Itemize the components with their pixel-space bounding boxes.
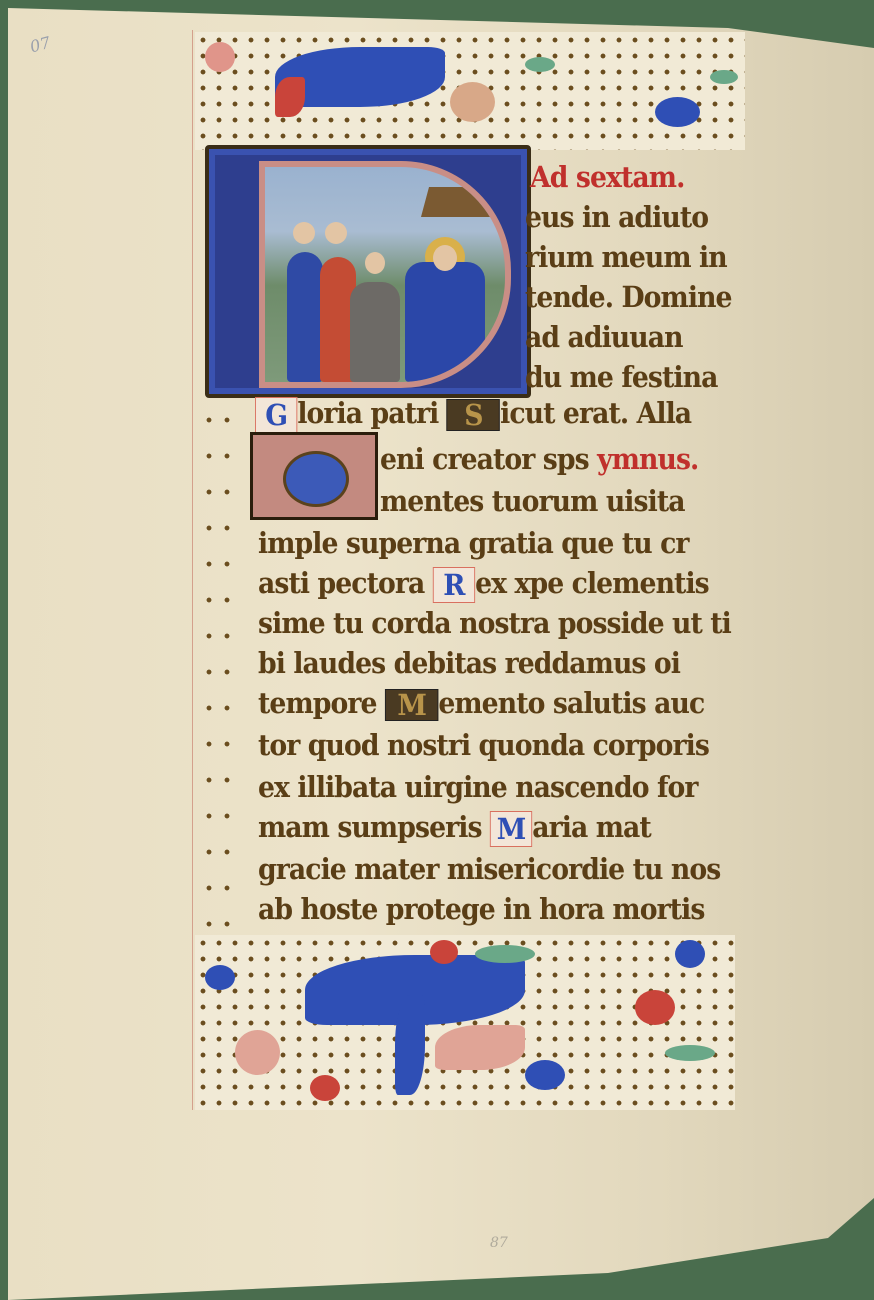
magus-head <box>325 222 347 244</box>
red-pod-icon <box>310 1075 340 1101</box>
text-line: mam sumpseris Maria mat <box>258 810 651 847</box>
top-border-decoration <box>195 32 745 150</box>
text-line: Gloria patri Sicut erat. Alla <box>255 396 691 433</box>
minor-initial-s: S <box>447 399 500 431</box>
magus-head <box>293 222 315 244</box>
red-green-flower-icon <box>635 990 675 1025</box>
virgin-head <box>433 245 457 271</box>
green-leaf-icon <box>525 57 555 72</box>
minor-initial-g: G <box>255 397 297 433</box>
text-line-content: emento salutis auc <box>438 686 704 720</box>
text-line-content: aria mat <box>532 810 651 844</box>
text-line-content: ex illibata uirgine nascendo for <box>258 770 698 804</box>
text-line: eus in adiuto <box>525 200 708 234</box>
text-line-content: mentes tuorum uisita <box>380 484 685 518</box>
text-line-content: gracie mater misericordie tu nos <box>258 852 720 886</box>
blue-roundel-icon <box>283 451 349 507</box>
text-line-content: tende. Domine <box>525 280 732 314</box>
text-line: ab hoste protege in hora mortis <box>258 892 704 926</box>
text-line: imple superna gratia que tu cr <box>258 526 689 560</box>
text-line-content: tor quod nostri quonda corporis <box>258 728 709 762</box>
minor-initial-m: M <box>385 689 438 721</box>
virgin-and-child-figure <box>405 262 485 382</box>
green-leaf-icon <box>475 945 535 963</box>
adoration-of-magi-miniature <box>259 161 511 388</box>
blue-pod-icon <box>655 97 700 127</box>
decorated-initial-v <box>250 432 378 520</box>
pink-flower-icon <box>205 42 235 72</box>
minor-initial-r: R <box>433 567 475 603</box>
red-flower-icon <box>430 940 458 964</box>
text-line-content: mam sumpseris <box>258 810 482 844</box>
text-line: eni creator sps ymnus. <box>380 442 698 476</box>
rubric-hymnus: ymnus. <box>597 442 698 476</box>
text-line: ad adiuuan <box>525 320 683 354</box>
text-line: asti pectora Rex xpe clementis <box>258 566 709 603</box>
blue-red-pod-icon <box>525 1060 565 1090</box>
blue-flower-icon <box>675 940 705 968</box>
text-line-content: sime tu corda nostra posside ut ti <box>258 606 731 640</box>
kneeling-magus-figure <box>350 282 400 382</box>
text-line-content: tempore <box>258 686 377 720</box>
green-leaf-icon <box>710 70 738 84</box>
historiated-initial-d <box>205 145 531 398</box>
green-leaf-icon <box>665 1045 715 1061</box>
magus-head <box>365 252 385 274</box>
text-line-content: imple superna gratia que tu cr <box>258 526 689 560</box>
text-line-content: eni creator sps <box>380 442 589 476</box>
blue-stem-icon <box>395 995 425 1095</box>
text-line: du me festina <box>525 360 717 394</box>
text-line: gracie mater misericordie tu nos <box>258 852 720 886</box>
text-line: ex illibata uirgine nascendo for <box>258 770 698 804</box>
text-line: mentes tuorum uisita <box>380 484 685 518</box>
red-leaf-icon <box>275 77 305 117</box>
text-line: sime tu corda nostra posside ut ti <box>258 606 731 640</box>
text-line-content: bi laudes debitas reddamus oi <box>258 646 680 680</box>
text-line-content: ab hoste protege in hora mortis <box>258 892 704 926</box>
text-line-content: du me festina <box>525 360 717 394</box>
tan-flower-icon <box>450 82 495 122</box>
text-line-content: ex xpe clementis <box>475 566 709 600</box>
text-line-content: eus in adiuto <box>525 200 708 234</box>
text-line: tempore Memento salutis auc <box>258 686 704 721</box>
rubric-heading: Ad sextam. <box>530 160 684 194</box>
text-line-content: asti pectora <box>258 566 424 600</box>
text-line: tor quod nostri quonda corporis <box>258 728 709 762</box>
bottom-border-decoration <box>195 935 735 1110</box>
text-line-content: ad adiuuan <box>525 320 683 354</box>
magus-figure-blue <box>287 252 323 382</box>
pink-rose-icon <box>235 1030 280 1075</box>
text-line: tende. Domine <box>525 280 732 314</box>
text-line: rium meum in <box>525 240 727 274</box>
text-line-content: icut erat. Alla <box>500 396 691 430</box>
text-line-content: loria patri <box>297 396 438 430</box>
text-line: bi laudes debitas reddamus oi <box>258 646 680 680</box>
pink-acanthus-icon <box>435 1025 525 1070</box>
minor-initial-m-blue: M <box>490 811 532 847</box>
blue-pod-icon <box>205 965 235 990</box>
text-line-content: rium meum in <box>525 240 727 274</box>
stable-roof-icon <box>421 187 509 217</box>
folio-number-bottom: 87 <box>490 1235 508 1251</box>
